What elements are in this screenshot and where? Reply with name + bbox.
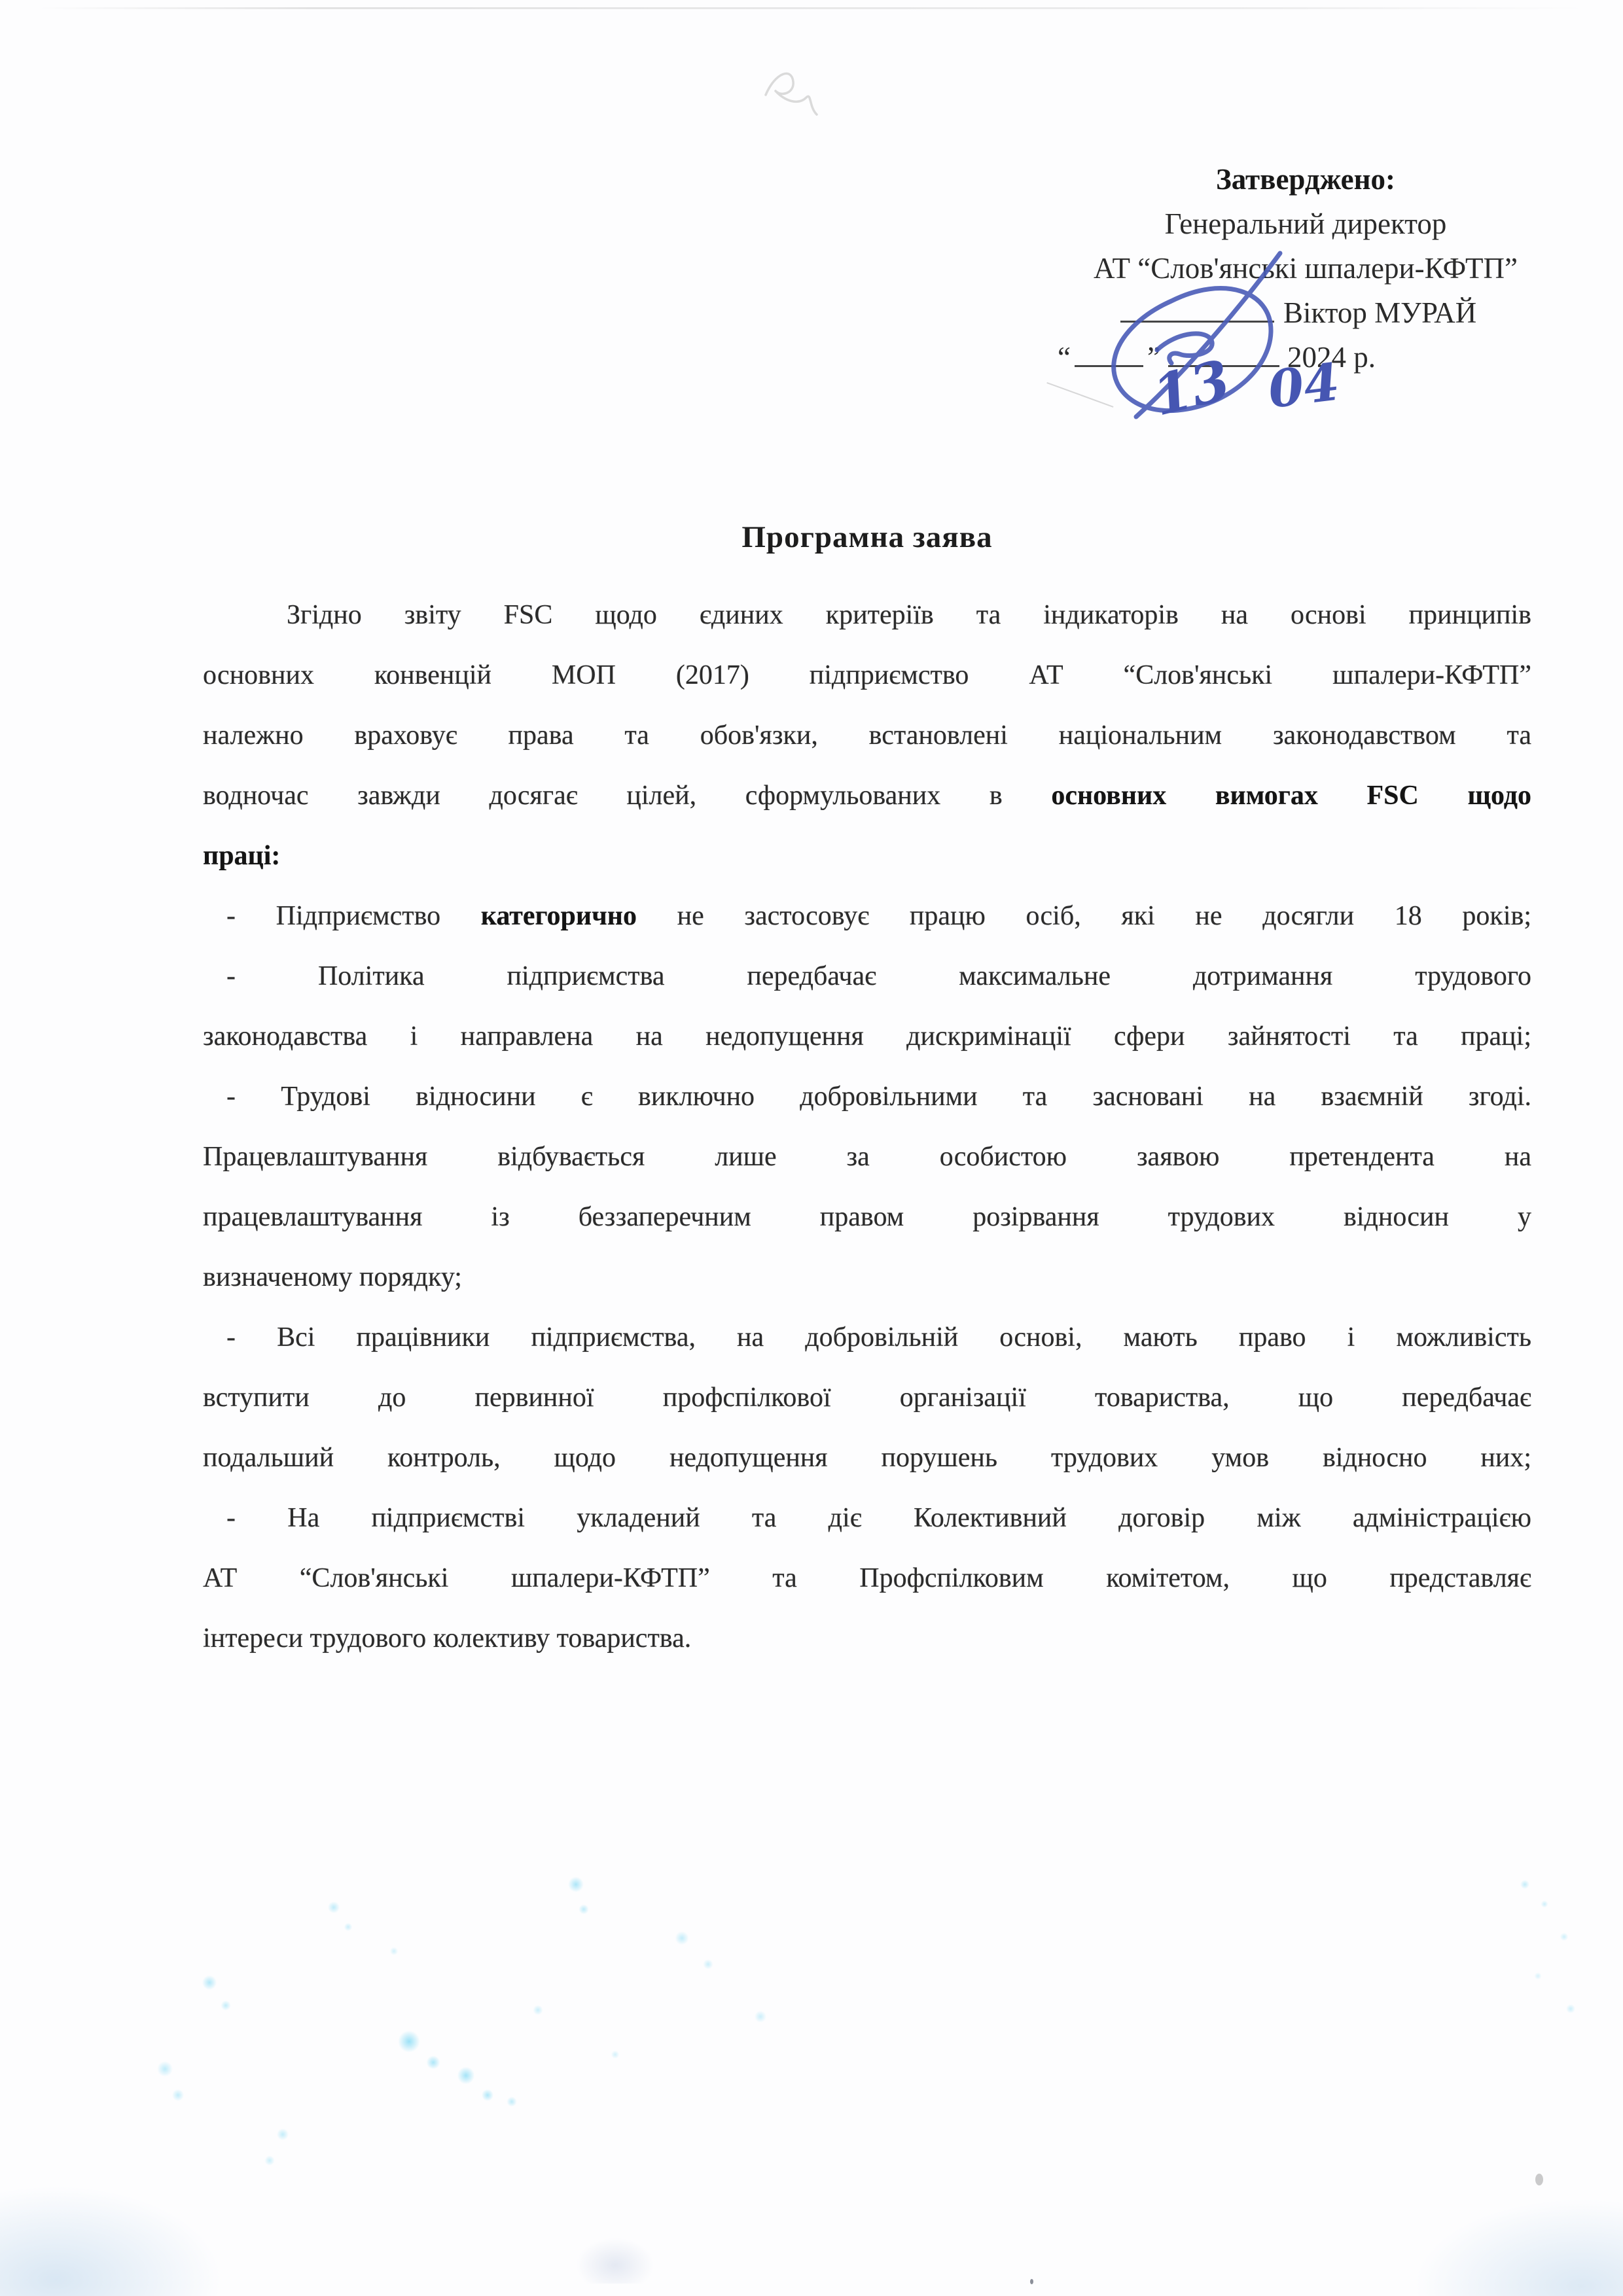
text-line: вступити до первинної профспілкової орга… [203,1368,1531,1428]
bullet-dash: - [226,1322,236,1352]
text-line: водночас завжди досягає цілей, сформульо… [203,766,1531,826]
quote-open: “ [1058,341,1071,374]
handwritten-month: 04 [1265,352,1343,420]
text-line-bullet: - Політика підприємства передбачає макси… [203,946,1531,1006]
approved-label: Затверджено: [1047,157,1564,202]
scan-smudge-bottom-right [1414,2199,1623,2296]
text-run: визначеному порядку; [203,1262,462,1292]
document-page: Затверджено: Генеральний директор АТ “Сл… [0,0,1623,2296]
text-line: працевлаштування із беззаперечним правом… [203,1187,1531,1247]
text-run: водночас завжди досягає цілей, сформульо… [203,781,1003,811]
text-line-bullet: - Підприємство категорично не застосовує… [203,886,1531,946]
document-title: Програмна заява [203,517,1531,557]
text-line: основних конвенцій МОП (2017) підприємст… [203,645,1531,705]
signature-scribble: 13 04 [1073,239,1374,455]
text-line: Згідно звіту FSC щодо єдиних критеріїв т… [203,585,1531,645]
text-line: праці: [203,826,1531,886]
scan-speck-gray [1535,2174,1543,2185]
pencil-squiggle [746,49,864,134]
text-line: Працевлаштування відбувається лише за ос… [203,1127,1531,1187]
bullet-dash: - [226,1503,236,1533]
document-body: Згідно звіту FSC щодо єдиних критеріїв т… [203,585,1531,1669]
bullet-dash: - [226,961,236,991]
text-line-bullet: - Трудові відносини є виключно добровіль… [203,1067,1531,1127]
scan-edge-artifact [39,7,1584,9]
text-run: Підприємство [276,901,440,931]
text-run: На підприємстві укладений та діє Колекти… [287,1503,1531,1533]
text-line: визначеному порядку; [203,1247,1531,1307]
bullet-dash: - [226,1082,236,1112]
text-run: працевлаштування із беззаперечним правом… [203,1202,1531,1232]
text-run: Працевлаштування відбувається лише за ос… [203,1142,1531,1172]
text-line: інтереси трудового колективу товариства. [203,1608,1531,1669]
text-run-bold: праці: [203,841,280,871]
text-run-bold: категорично [481,901,637,931]
text-line-bullet: - Всі працівники підприємства, на добров… [203,1307,1531,1368]
stamp-residue-right [1499,1858,1603,2055]
text-run: Згідно звіту FSC щодо єдиних критеріїв т… [287,600,1531,630]
scan-smudge-bottom-left [0,2185,223,2296]
text-run: вступити до первинної профспілкової орга… [203,1383,1531,1413]
text-run: належно враховує права та обов'язки, вст… [203,720,1531,751]
text-run: подальший контроль, щодо недопущення пор… [203,1443,1531,1473]
text-run: АТ “Слов'янські шпалери-КФТП” та Профспі… [203,1563,1531,1593]
text-run: Політика підприємства передбачає максима… [318,961,1531,991]
text-line-bullet: - На підприємстві укладений та діє Колек… [203,1488,1531,1548]
text-line: подальший контроль, щодо недопущення пор… [203,1428,1531,1488]
text-line: законодавства і направлена на недопущенн… [203,1006,1531,1067]
scan-smudge-bottom-center [576,2238,654,2284]
text-run: інтереси трудового колективу товариства. [203,1623,691,1653]
text-run: основних конвенцій МОП (2017) підприємст… [203,660,1531,690]
text-run: Трудові відносини є виключно добровільни… [281,1082,1531,1112]
text-line: належно враховує права та обов'язки, вст… [203,705,1531,766]
text-run: Всі працівники підприємства, на добровіл… [277,1322,1531,1352]
scan-speck-dark [1030,2279,1033,2284]
text-run-bold: основних вимогах FSC щодо [1051,781,1531,811]
text-run: законодавства і направлена на недопущенн… [203,1021,1531,1051]
bullet-dash: - [226,901,236,931]
text-line: АТ “Слов'янські шпалери-КФТП” та Профспі… [203,1548,1531,1608]
stamp-residue [118,1845,785,2185]
handwritten-day: 13 [1147,347,1236,428]
text-run: не застосовує працю осіб, які не досягли… [677,901,1531,931]
